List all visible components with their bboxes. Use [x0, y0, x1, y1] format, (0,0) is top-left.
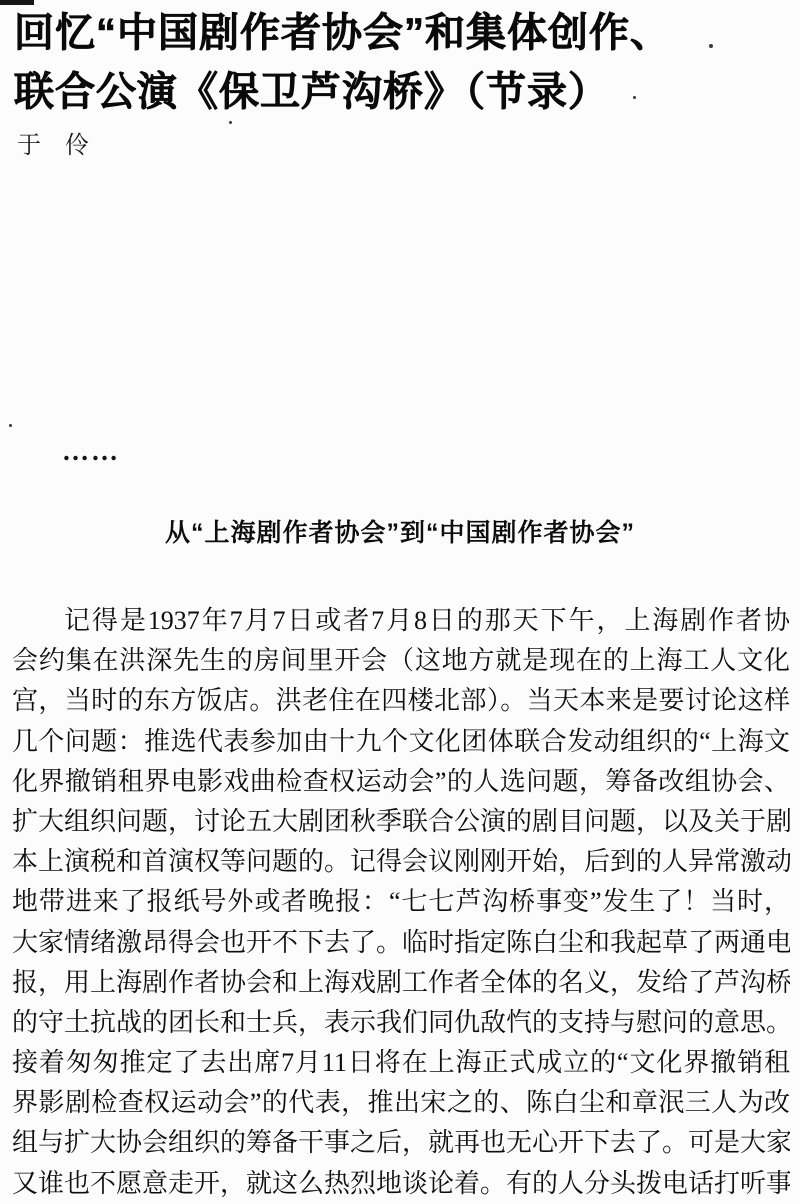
paragraph-line: 记得是1937年7月7日或者7月8日的那天下午，上海剧作者协: [12, 601, 790, 641]
body-paragraph: 记得是1937年7月7日或者7月8日的那天下午，上海剧作者协 会约集在洪深先生的…: [12, 601, 790, 1204]
paragraph-line: 大家情绪激昂得会也开不下去了。临时指定陈白尘和我起草了两通电: [12, 923, 790, 963]
paragraph-line: 本上演税和首演权等问题的。记得会议刚刚开始，后到的人异常激动: [12, 842, 790, 882]
paragraph-line: 化界撤销租界电影戏曲检查权运动会”的人选问题，筹备改组协会、: [12, 762, 790, 802]
scanned-document-page: 回忆“中国剧作者协会”和集体创作、 联合公演《保卫芦沟桥》（节录） 于 伶 ………: [0, 0, 800, 1204]
paragraph-line: 界影剧检查权运动会”的代表，推出宋之的、陈白尘和章泯三人为改: [12, 1083, 790, 1123]
scan-speck: [709, 44, 713, 48]
paragraph-line: 几个问题：推选代表参加由十九个文化团体联合发动组织的“上海文: [12, 722, 790, 762]
article-title-line-2: 联合公演《保卫芦沟桥》（节录）: [14, 63, 782, 122]
paragraph-line: 扩大组织问题，讨论五大剧团秋季联合公演的剧目问题，以及关于剧: [12, 802, 790, 842]
paragraph-line: 报，用上海剧作者协会和上海戏剧工作者全体的名义，发给了芦沟桥: [12, 963, 790, 1003]
paragraph-line: 地带进来了报纸号外或者晚报：“七七芦沟桥事变”发生了！当时，: [12, 882, 790, 922]
paragraph-line: 接着匆匆推定了去出席7月11日将在上海正式成立的“文化界撤销租: [12, 1043, 790, 1083]
paragraph-line: 宫，当时的东方饭店。洪老住在四楼北部）。当天本来是要讨论这样: [12, 681, 790, 721]
scan-speck: [229, 121, 232, 124]
paragraph-line: 组与扩大协会组织的筹备干事之后，就再也无心开下去了。可是大家: [12, 1123, 790, 1163]
paragraph-line: 会约集在洪深先生的房间里开会（这地方就是现在的上海工人文化: [12, 641, 790, 681]
scan-speck: [9, 424, 12, 427]
omission-ellipsis: ……: [62, 436, 120, 467]
paragraph-line: 又谁也不愿意走开，就这么热烈地谈论着。有的人分头拨电话打听事: [12, 1164, 790, 1204]
article-title: 回忆“中国剧作者协会”和集体创作、 联合公演《保卫芦沟桥》（节录）: [14, 4, 782, 122]
scan-speck: [633, 96, 636, 99]
paragraph-line: 的守土抗战的团长和士兵，表示我们同仇敌忾的支持与慰问的意思。: [12, 1003, 790, 1043]
article-title-line-1: 回忆“中国剧作者协会”和集体创作、: [14, 4, 782, 63]
author-name: 于 伶: [17, 129, 89, 163]
section-heading: 从“上海剧作者协会”到“中国剧作者协会”: [0, 514, 800, 552]
